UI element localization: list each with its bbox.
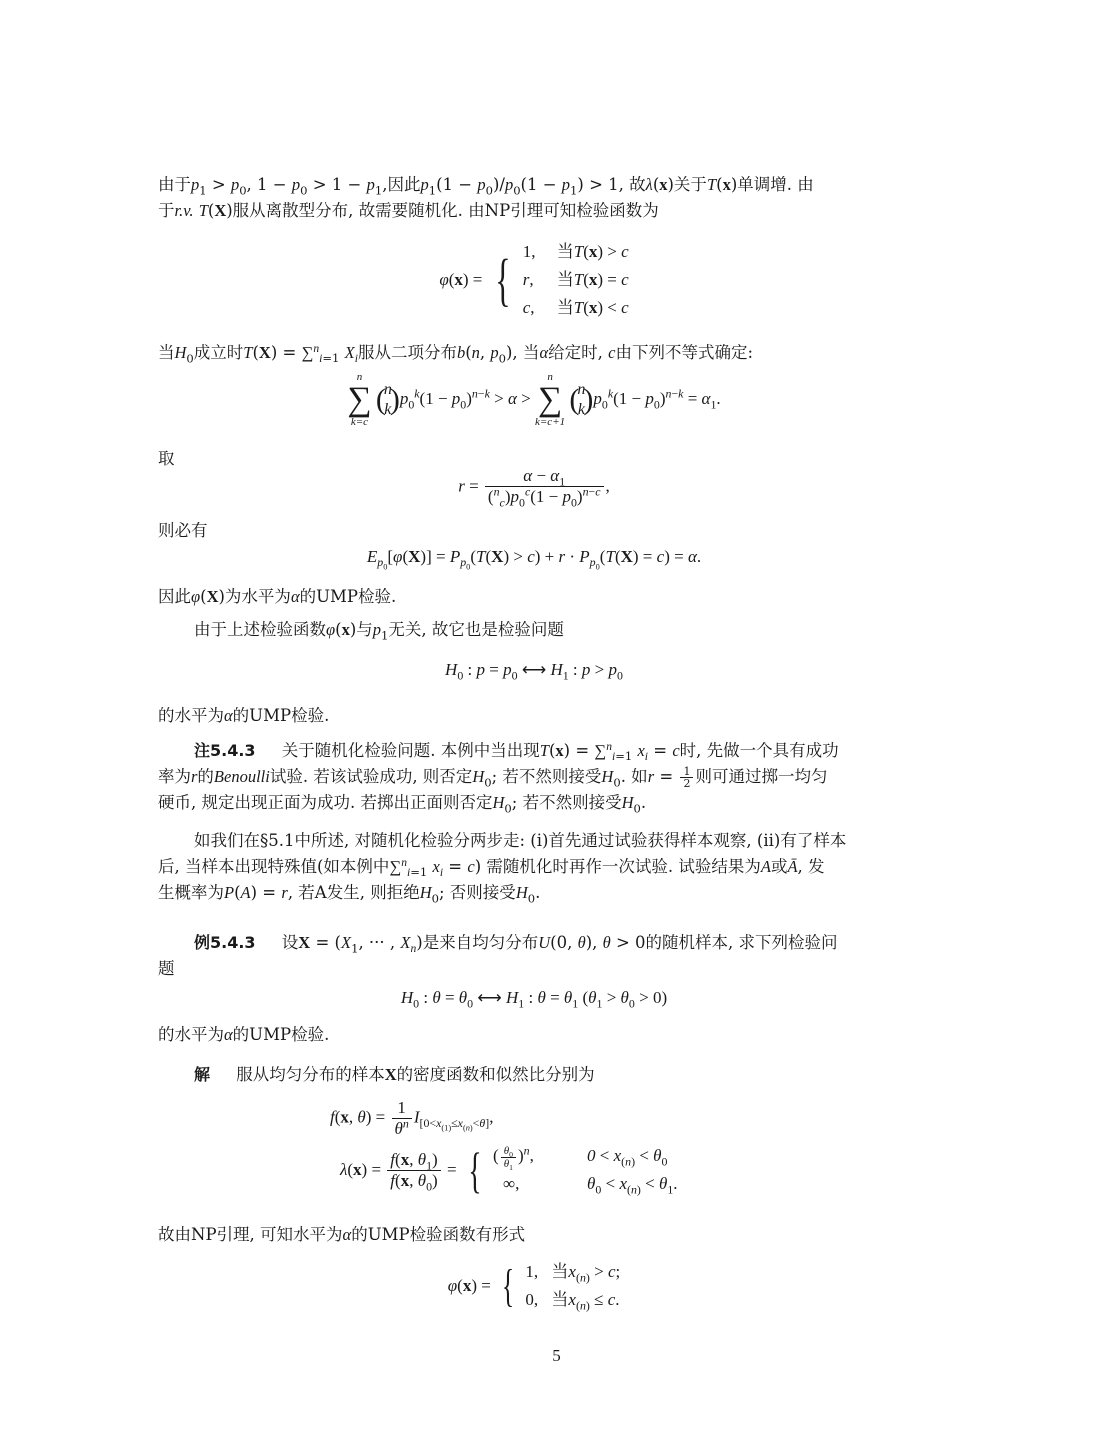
equation-hypothesis-1: H0 : p = p0 ⟷ H1 : p > p0 <box>158 660 910 680</box>
equation-test-function: φ(x) = { 1,当T(x) > c r,当T(x) = c c,当T(x)… <box>158 238 910 322</box>
example-5-4-3: 例5.4.3 设X = (X1, ··· , Xn)是来自均匀分布U(0, θ)… <box>158 930 910 982</box>
paragraph-binomial: 当H0成立时T(X) = ∑ni=1 Xi服从二项分布b(n, p0), 当α给… <box>158 340 910 366</box>
case-condition: 当T(x) = c <box>557 270 629 289</box>
solution-label: 解 <box>194 1065 210 1084</box>
case-value: 0, <box>525 1286 551 1314</box>
text-conclusion-2: 的水平为α的UMP检验. <box>158 703 910 729</box>
case-value: 1, <box>523 238 557 266</box>
case-value: 1, <box>525 1258 551 1286</box>
text-line: 于r.v. T(X)服从离散型分布, 故需要随机化. 由NP引理可知检验函数为 <box>158 198 910 224</box>
case-value: c, <box>523 294 557 322</box>
text-np-conclusion: 故由NP引理, 可知水平为α的UMP检验函数有形式 <box>158 1222 910 1248</box>
equation-inequality: n∑k=c (nk)p0k(1 − p0)n−k > α > n∑k=c+1 (… <box>158 372 910 428</box>
equation-hypothesis-2: H0 : θ = θ0 ⟷ H1 : θ = θ1 (θ1 > θ0 > 0) <box>158 988 910 1008</box>
equation-likelihood-ratio: λ(x) = f(x, θ1)f(x, θ0) = { (θ0θ1)n,0 < … <box>340 1142 678 1198</box>
left-brace: { <box>495 251 510 309</box>
case-condition: 当T(x) < c <box>557 298 629 317</box>
equation-ump-test: φ(x) = { 1,当x(n) > c; 0,当x(n) ≤ c. <box>158 1258 910 1314</box>
equation-expectation: Ep0[φ(X)] = Pp0(T(X) > c) + r · Pp0(T(X)… <box>158 547 910 568</box>
text-example-conclusion: 的水平为α的UMP检验. <box>158 1022 910 1048</box>
remark-label: 注5.4.3 <box>194 741 256 760</box>
text-then: 则必有 <box>158 518 910 544</box>
paragraph-two-steps: 如我们在§5.1中所述, 对随机化检验分两步走: (i)首先通过试验获得样本观察… <box>158 828 910 906</box>
page-number: 5 <box>0 1346 1113 1366</box>
example-label: 例5.4.3 <box>194 933 256 952</box>
case-condition: 当T(x) > c <box>557 242 629 261</box>
case-value: r, <box>523 266 557 294</box>
paragraph-monotone: 由于p1 > p0, 1 − p0 > 1 − p1,因此p1(1 − p0)/… <box>158 172 910 224</box>
remark-5-4-3: 注5.4.3 关于随机化检验问题. 本例中当出现T(x) = ∑ni=1 xi … <box>158 738 910 816</box>
equation-r: r = α − α1(nc)p0c(1 − p0)n−c, <box>158 466 910 507</box>
text-line: 由于p1 > p0, 1 − p0 > 1 − p1,因此p1(1 − p0)/… <box>158 172 910 198</box>
text-conclusion-1: 因此φ(X)为水平为α的UMP检验. <box>158 584 910 610</box>
equation-density: f(x, θ) = 1θnI[0<x(1)≤x(n)<θ], <box>330 1098 493 1139</box>
document-page: 由于p1 > p0, 1 − p0 > 1 − p1,因此p1(1 − p0)/… <box>0 0 1113 1440</box>
paragraph-independence: 由于上述检验函数φ(x)与p1无关, 故它也是检验问题 <box>158 617 946 643</box>
solution-intro: 解 服从均匀分布的样本X的密度函数和似然比分别为 <box>158 1062 946 1088</box>
